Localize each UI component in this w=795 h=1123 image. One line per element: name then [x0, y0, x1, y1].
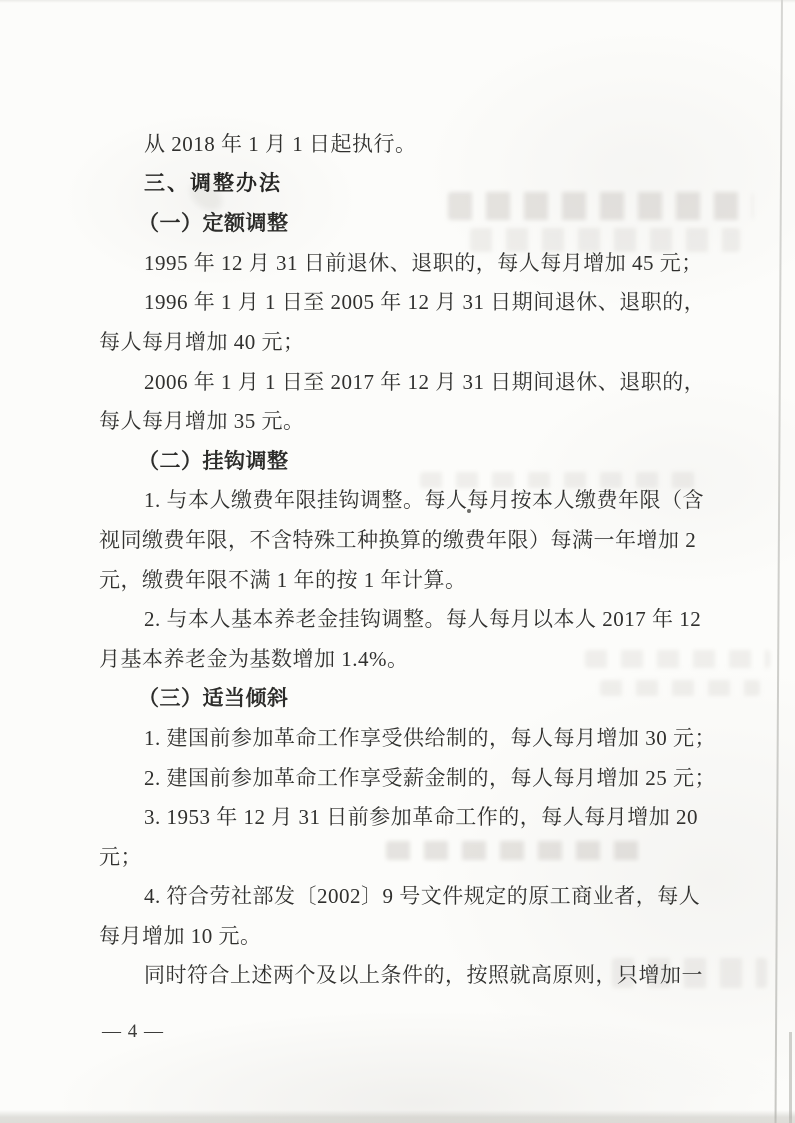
text-line: 每人每月增加 40 元；	[99, 328, 699, 358]
text-line: 每月增加 10 元。	[99, 922, 699, 952]
text-line: 元；	[99, 843, 699, 873]
text-line: 2. 建国前参加革命工作享受薪金制的，每人每月增加 25 元；	[99, 764, 699, 794]
text-line: 同时符合上述两个及以上条件的，按照就高原则，只增加一	[99, 961, 699, 991]
section-subheading: （三）适当倾斜	[99, 684, 699, 714]
paper-texture	[0, 0, 795, 1123]
text-line: 2006 年 1 月 1 日至 2017 年 12 月 31 日期间退休、退职的…	[99, 368, 699, 398]
paper-edge-right	[774, 0, 783, 1123]
text-line: 每人每月增加 35 元。	[99, 407, 699, 437]
text-line: 1. 建国前参加革命工作享受供给制的，每人每月增加 30 元；	[99, 724, 699, 754]
text-line: 月基本养老金为基数增加 1.4%。	[99, 645, 699, 675]
page-number: — 4 —	[102, 1021, 164, 1043]
text-line: 1996 年 1 月 1 日至 2005 年 12 月 31 日期间退休、退职的…	[99, 288, 699, 318]
section-subheading: （二）挂钩调整	[99, 447, 699, 477]
text-line: 元，缴费年限不满 1 年的按 1 年计算。	[99, 566, 699, 596]
text-line: 4. 符合劳社部发〔2002〕9 号文件规定的原工商业者，每人	[99, 882, 699, 912]
text-line: 从 2018 年 1 月 1 日起执行。	[99, 130, 699, 160]
paper-edge-top	[0, 0, 795, 3]
paper-edge-bottom	[0, 1110, 795, 1123]
text-line: 1995 年 12 月 31 日前退休、退职的，每人每月增加 45 元；	[99, 249, 699, 279]
text-line: 2. 与本人基本养老金挂钩调整。每人每月以本人 2017 年 12	[99, 605, 699, 635]
text-line: 视同缴费年限，不含特殊工种换算的缴费年限）每满一年增加 2	[99, 526, 699, 556]
section-heading: 三、调整办法	[99, 170, 699, 200]
scan-edge-right	[789, 1032, 792, 1123]
scanned-document-page: 从 2018 年 1 月 1 日起执行。 三、调整办法 （一）定额调整 1995…	[0, 0, 795, 1123]
text-line: 1. 与本人缴费年限挂钩调整。每人每月按本人缴费年限（含	[99, 486, 699, 516]
text-line: 3. 1953 年 12 月 31 日前参加革命工作的，每人每月增加 20	[99, 803, 699, 833]
section-subheading: （一）定额调整	[99, 209, 699, 239]
